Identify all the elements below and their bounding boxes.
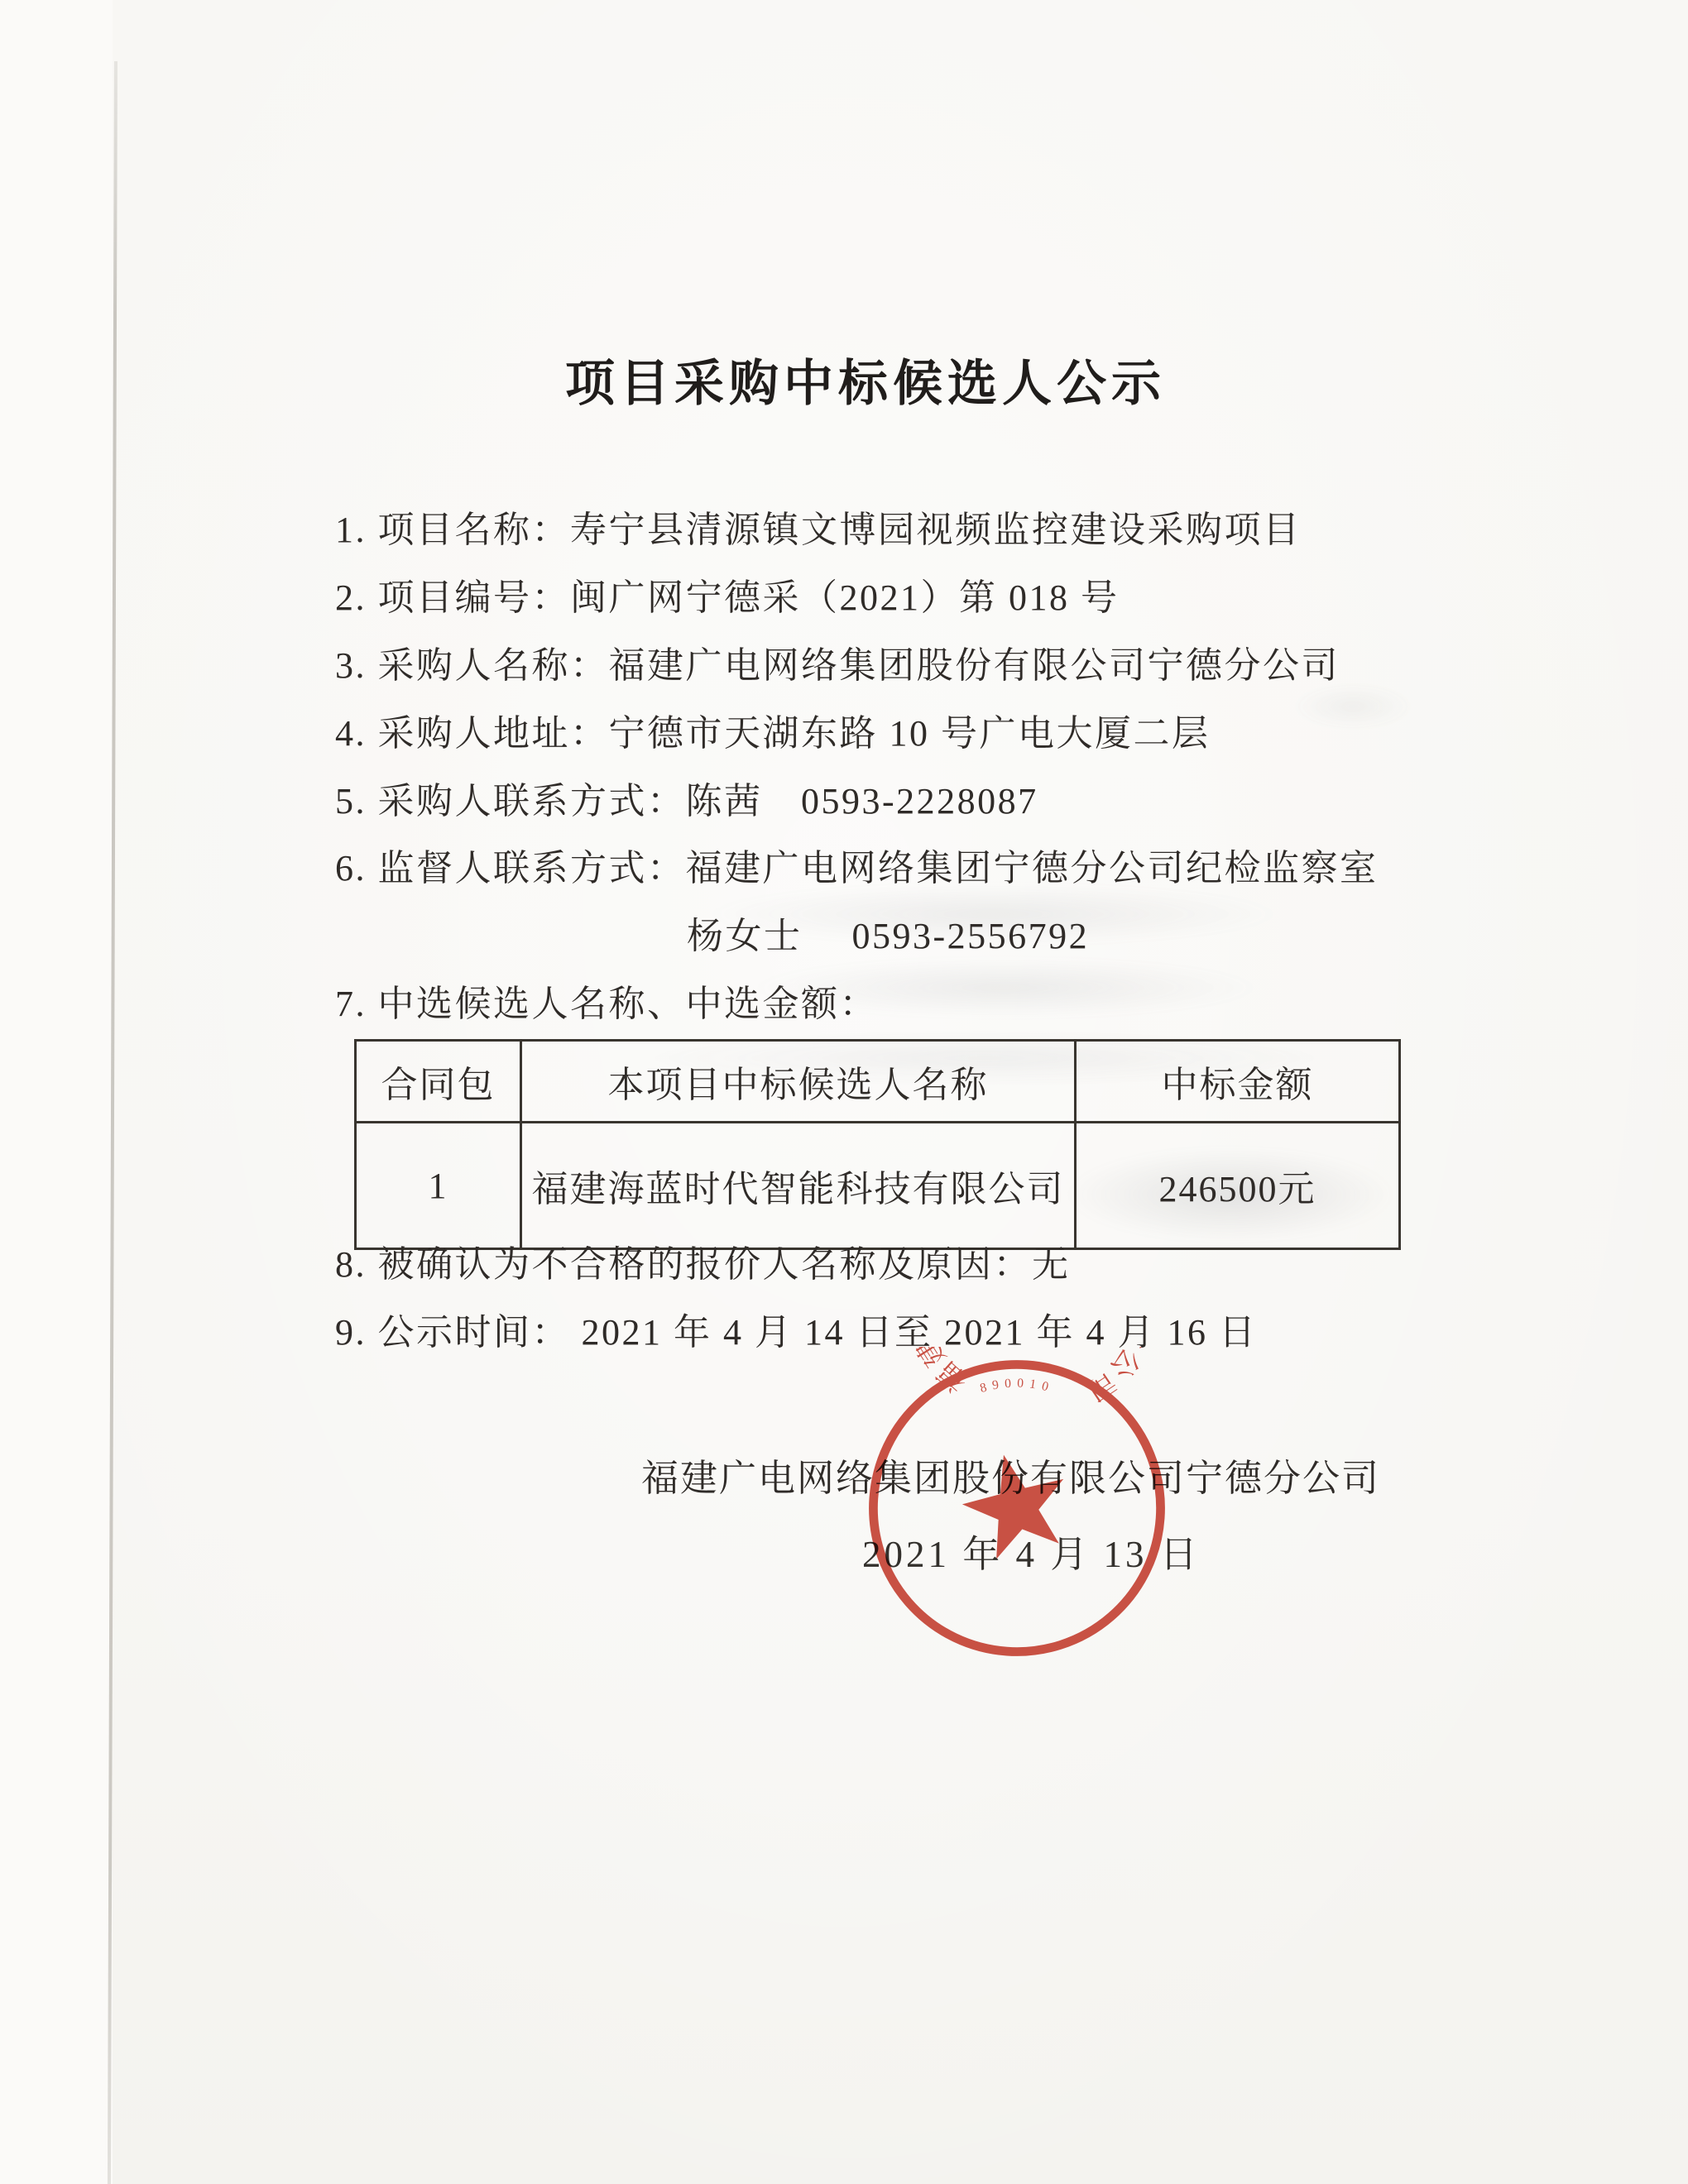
line-purchaser-contact: 5. 采购人联系方式：陈茜 0593-2228087 xyxy=(335,771,1038,824)
table-row: 1 福建海蓝时代智能科技有限公司 246500元 xyxy=(356,1123,1400,1249)
line-purchaser-address: 4. 采购人地址：宁德市天湖东路 10 号广电大厦二层 xyxy=(335,703,1211,756)
scanned-document-page: { "doc": { "title": "项目采购中标候选人公示", "line… xyxy=(0,0,1688,2184)
seal-star-icon xyxy=(953,1442,1078,1564)
cell-candidate-name: 福建海蓝时代智能科技有限公司 xyxy=(521,1123,1076,1249)
table-header-row: 合同包 本项目中标候选人名称 中标金额 xyxy=(356,1041,1400,1123)
seal-number: 890010 xyxy=(978,1377,1055,1396)
line-disqualified-bidders: 8. 被确认为不合格的报价人名称及原因：无 xyxy=(335,1234,1071,1287)
cell-contract-package: 1 xyxy=(356,1123,521,1249)
header-award-amount: 中标金额 xyxy=(1076,1041,1400,1123)
award-candidates-table: 合同包 本项目中标候选人名称 中标金额 1 福建海蓝时代智能科技有限公司 246… xyxy=(354,1039,1401,1250)
scanner-background-strip xyxy=(0,0,113,2184)
line-purchaser-name: 3. 采购人名称：福建广电网络集团股份有限公司宁德分公司 xyxy=(335,635,1340,688)
line-candidates-heading: 7. 中选候选人名称、中选金额： xyxy=(335,974,878,1027)
official-seal-stamp: 福建广电网络集团股份有限公司宁德分公司 890010 xyxy=(856,1347,1178,1669)
header-contract-package: 合同包 xyxy=(356,1041,521,1123)
cell-award-amount: 246500元 xyxy=(1076,1123,1400,1249)
line-project-name: 1. 项目名称：寿宁县清源镇文博园视频监控建设采购项目 xyxy=(335,500,1302,553)
line-project-number: 2. 项目编号：闽广网宁德采（2021）第 018 号 xyxy=(335,568,1120,620)
header-candidate-name: 本项目中标候选人名称 xyxy=(521,1041,1076,1123)
line-supervisor-contact: 6. 监督人联系方式：福建广电网络集团宁德分公司纪检监察室 xyxy=(335,838,1379,891)
document-title: 项目采购中标候选人公示 xyxy=(565,344,1166,415)
line-supervisor-contact-continued: 杨女士 0593-2556792 xyxy=(687,906,1089,959)
